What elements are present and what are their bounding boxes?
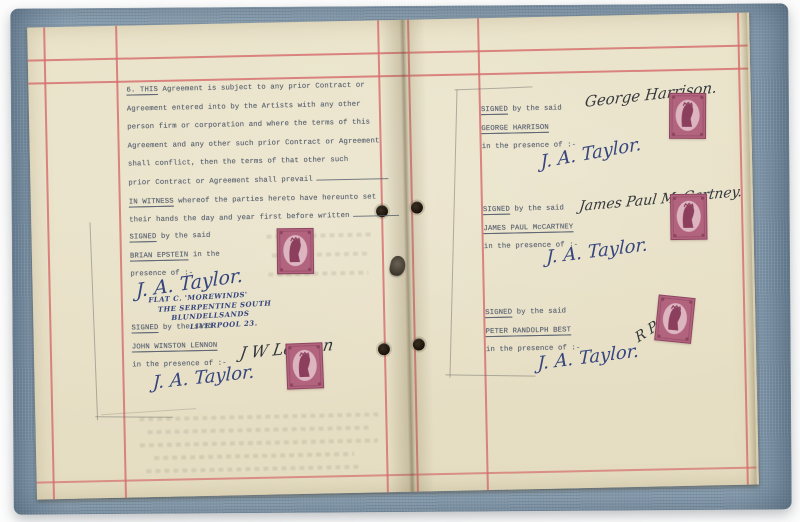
artist-signature-mccartney: James Paul McCartney.: [578, 184, 743, 215]
party-name: JAMES PAUL McCARTNEY: [483, 223, 573, 233]
show-through-text: [148, 426, 373, 435]
postage-stamp: [277, 228, 314, 274]
fill-in-rule: [354, 213, 400, 217]
party-name: GEORGE HARRISON: [481, 123, 549, 132]
pencil-mark: [101, 408, 196, 415]
clause-text: whereof the parties hereto have hereunto…: [174, 193, 377, 205]
signed-label: SIGNED: [485, 309, 512, 318]
show-through-text: [154, 452, 354, 460]
clause-text: their hands the day and year first befor…: [129, 212, 350, 225]
signed-label: SIGNED: [481, 106, 508, 115]
show-through-text: [140, 438, 378, 447]
clause-text: shall conflict, then the terms of that o…: [128, 156, 349, 169]
pencil-bracket: [89, 222, 98, 420]
postage-stamp: [654, 294, 695, 344]
pencil-bracket: [455, 86, 533, 90]
show-through-text: [139, 412, 379, 421]
clause-text: Agreement and any other such prior Contr…: [128, 137, 380, 150]
show-through-text: [146, 465, 361, 474]
party-name: JOHN WINSTON LENNON: [132, 341, 218, 351]
clause-text: Agreement is subject to any prior Contra…: [158, 82, 365, 94]
postage-stamp: [670, 194, 708, 240]
postage-stamp: [285, 342, 324, 389]
contract-book-cover: 6. THIS Agreement is subject to any prio…: [10, 3, 792, 514]
postage-stamp: [669, 93, 706, 139]
page-spread: 6. THIS Agreement is subject to any prio…: [27, 13, 759, 500]
signed-label: SIGNED: [131, 324, 158, 333]
pencil-bracket: [449, 90, 457, 378]
clause-paragraph: 6. THIS Agreement is subject to any prio…: [126, 76, 400, 230]
party-name: BRIAN EPSTEIN: [130, 251, 189, 260]
ruling-line: [43, 27, 54, 499]
clause-text: person firm or corporation and where the…: [127, 119, 370, 132]
signed-label: SIGNED: [483, 206, 510, 215]
pencil-bracket: [446, 374, 536, 376]
clause-text: prior Contract or Agreement shall prevai…: [128, 176, 313, 188]
clause-text: Agreement entered into by the Artists wi…: [127, 100, 361, 113]
clause-underlined-text: IN WITNESS: [129, 197, 174, 206]
signed-label: SIGNED: [129, 233, 156, 242]
ruling-line: [115, 26, 126, 498]
pencil-bracket: [95, 416, 173, 417]
clause-underlined-text: 6. THIS: [126, 86, 158, 95]
photo-backdrop: 6. THIS Agreement is subject to any prio…: [0, 0, 800, 522]
fill-in-rule: [317, 176, 389, 181]
party-name: PETER RANDOLPH BEST: [486, 326, 572, 336]
